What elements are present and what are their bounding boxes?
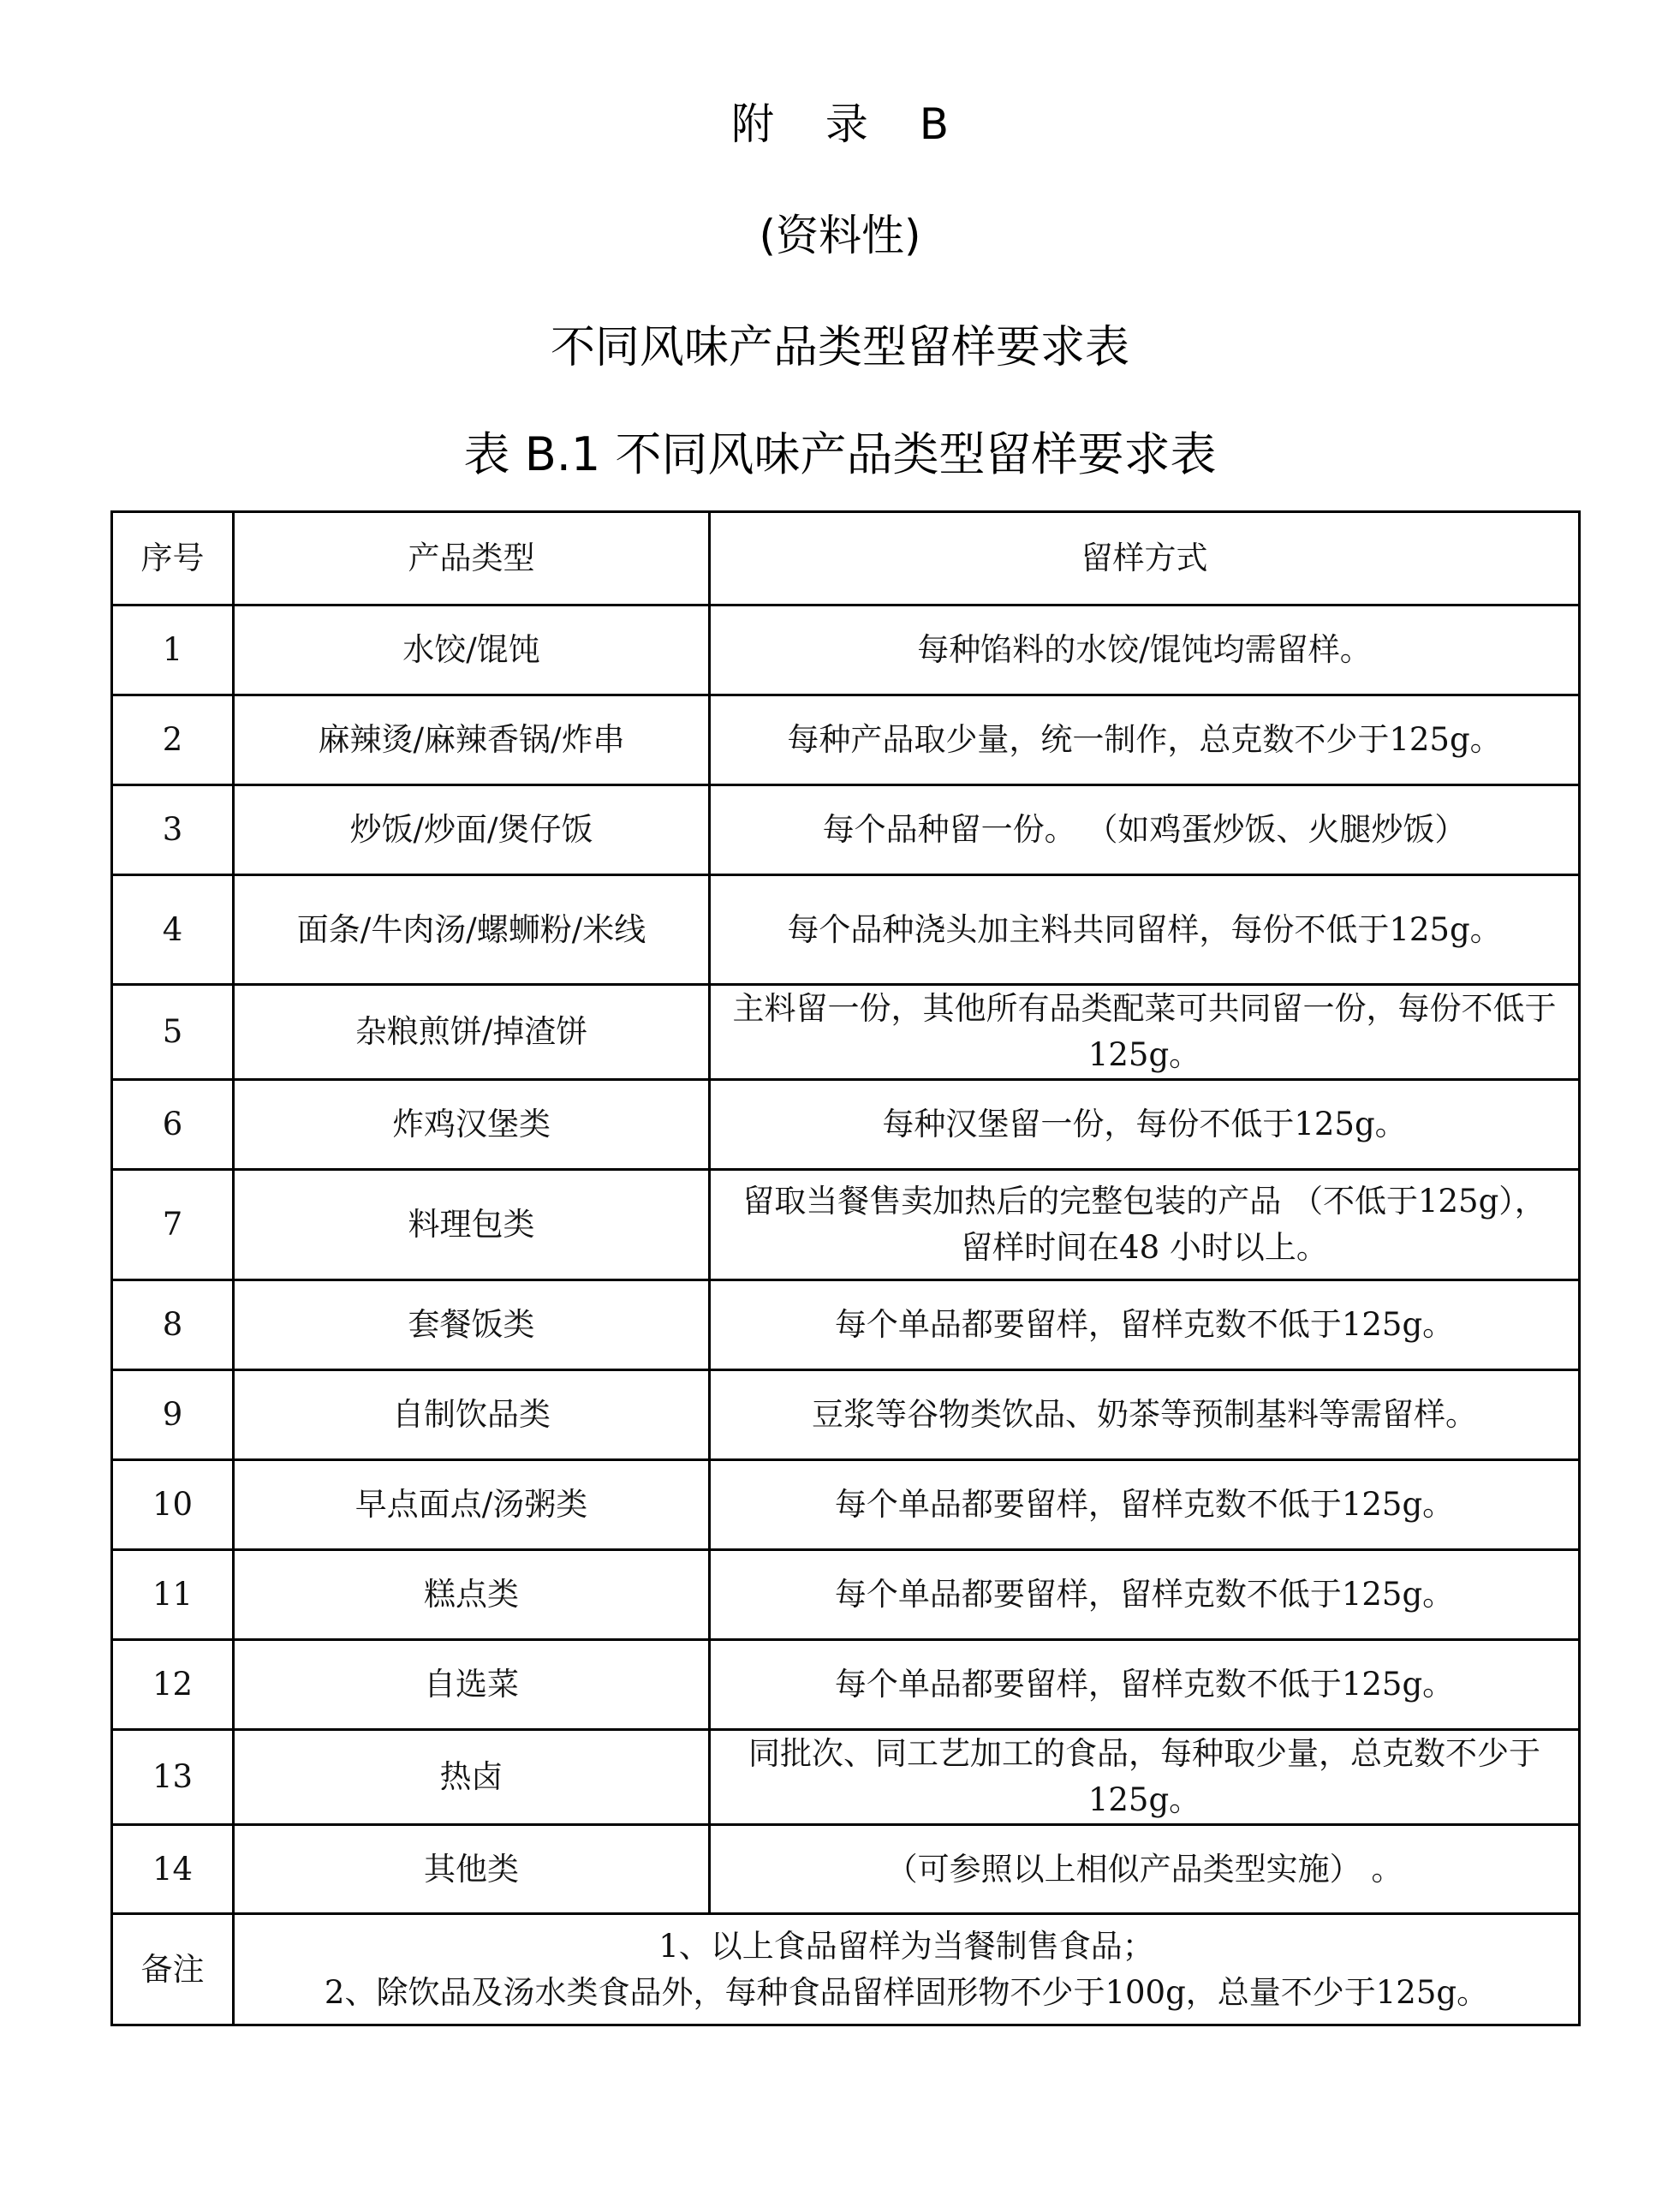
retention-method: （可参照以上相似产品类型实施） 。 (710, 1825, 1580, 1914)
row-number: 11 (112, 1550, 234, 1640)
remarks-label: 备注 (112, 1914, 234, 2025)
table-row: 2 麻辣烫/麻辣香锅/炸串 每种产品取少量，统一制作，总克数不少于125g。 (112, 695, 1580, 785)
table-row: 6 炸鸡汉堡类 每种汉堡留一份，每份不低于125g。 (112, 1080, 1580, 1170)
row-number: 7 (112, 1170, 234, 1280)
appendix-title: 附 录 B (0, 90, 1680, 152)
row-number: 2 (112, 695, 234, 785)
row-number: 9 (112, 1370, 234, 1460)
product-type: 自制饮品类 (234, 1370, 710, 1460)
row-number: 8 (112, 1280, 234, 1370)
product-type: 炒饭/炒面/煲仔饭 (234, 785, 710, 875)
retention-method: 每个单品都要留样，留样克数不低于125g。 (710, 1460, 1580, 1550)
product-type: 其他类 (234, 1825, 710, 1914)
table-caption: 表 B.1 不同风味产品类型留样要求表 (0, 418, 1680, 484)
table-row: 1 水饺/馄饨 每种馅料的水饺/馄饨均需留样。 (112, 605, 1580, 695)
document-subtitle: 不同风味产品类型留样要求表 (0, 311, 1680, 375)
product-type: 料理包类 (234, 1170, 710, 1280)
retention-method: 留取当餐售卖加热后的完整包装的产品 （不低于125g），留样时间在48 小时以上… (710, 1170, 1580, 1280)
column-header-no: 序号 (112, 512, 234, 605)
table-row: 13 热卤 同批次、同工艺加工的食品，每种取少量，总克数不少于125g。 (112, 1730, 1580, 1825)
sample-retention-table: 序号 产品类型 留样方式 1 水饺/馄饨 每种馅料的水饺/馄饨均需留样。 2 麻… (110, 510, 1581, 2026)
appendix-nature: (资料性) (0, 201, 1680, 263)
product-type: 自选菜 (234, 1640, 710, 1730)
retention-method: 每种产品取少量，统一制作，总克数不少于125g。 (710, 695, 1580, 785)
row-number: 13 (112, 1730, 234, 1825)
row-number: 4 (112, 875, 234, 985)
retention-method: 每个单品都要留样，留样克数不低于125g。 (710, 1640, 1580, 1730)
row-number: 5 (112, 985, 234, 1080)
column-header-method: 留样方式 (710, 512, 1580, 605)
retention-method: 同批次、同工艺加工的食品，每种取少量，总克数不少于125g。 (710, 1730, 1580, 1825)
row-number: 1 (112, 605, 234, 695)
table-row: 5 杂粮煎饼/掉渣饼 主料留一份，其他所有品类配菜可共同留一份，每份不低于125… (112, 985, 1580, 1080)
retention-method: 每个单品都要留样，留样克数不低于125g。 (710, 1550, 1580, 1640)
product-type: 麻辣烫/麻辣香锅/炸串 (234, 695, 710, 785)
table-row: 10 早点面点/汤粥类 每个单品都要留样，留样克数不低于125g。 (112, 1460, 1580, 1550)
retention-method: 每种馅料的水饺/馄饨均需留样。 (710, 605, 1580, 695)
product-type: 水饺/馄饨 (234, 605, 710, 695)
table-row: 14 其他类 （可参照以上相似产品类型实施） 。 (112, 1825, 1580, 1914)
retention-method: 每个品种留一份。 （如鸡蛋炒饭、火腿炒饭） (710, 785, 1580, 875)
row-number: 3 (112, 785, 234, 875)
remark-line: 2、除饮品及汤水类食品外，每种食品留样固形物不少于100g，总量不少于125g。 (238, 1970, 1575, 2016)
retention-method: 每种汉堡留一份，每份不低于125g。 (710, 1080, 1580, 1170)
product-type: 炸鸡汉堡类 (234, 1080, 710, 1170)
remark-line: 1、以上食品留样为当餐制售食品； (238, 1924, 1575, 1970)
row-number: 6 (112, 1080, 234, 1170)
table-row: 11 糕点类 每个单品都要留样，留样克数不低于125g。 (112, 1550, 1580, 1640)
row-number: 12 (112, 1640, 234, 1730)
remarks-content: 1、以上食品留样为当餐制售食品； 2、除饮品及汤水类食品外，每种食品留样固形物不… (234, 1914, 1580, 2025)
product-type: 早点面点/汤粥类 (234, 1460, 710, 1550)
table-row: 4 面条/牛肉汤/螺蛳粉/米线 每个品种浇头加主料共同留样，每份不低于125g。 (112, 875, 1580, 985)
row-number: 10 (112, 1460, 234, 1550)
remarks-row: 备注 1、以上食品留样为当餐制售食品； 2、除饮品及汤水类食品外，每种食品留样固… (112, 1914, 1580, 2025)
retention-method: 每个单品都要留样，留样克数不低于125g。 (710, 1280, 1580, 1370)
product-type: 杂粮煎饼/掉渣饼 (234, 985, 710, 1080)
table-row: 8 套餐饭类 每个单品都要留样，留样克数不低于125g。 (112, 1280, 1580, 1370)
retention-method: 豆浆等谷物类饮品、奶茶等预制基料等需留样。 (710, 1370, 1580, 1460)
retention-method: 主料留一份，其他所有品类配菜可共同留一份，每份不低于125g。 (710, 985, 1580, 1080)
column-header-type: 产品类型 (234, 512, 710, 605)
table-row: 7 料理包类 留取当餐售卖加热后的完整包装的产品 （不低于125g），留样时间在… (112, 1170, 1580, 1280)
product-type: 糕点类 (234, 1550, 710, 1640)
product-type: 面条/牛肉汤/螺蛳粉/米线 (234, 875, 710, 985)
retention-method: 每个品种浇头加主料共同留样，每份不低于125g。 (710, 875, 1580, 985)
table-row: 12 自选菜 每个单品都要留样，留样克数不低于125g。 (112, 1640, 1580, 1730)
table-row: 9 自制饮品类 豆浆等谷物类饮品、奶茶等预制基料等需留样。 (112, 1370, 1580, 1460)
table-header-row: 序号 产品类型 留样方式 (112, 512, 1580, 605)
table-row: 3 炒饭/炒面/煲仔饭 每个品种留一份。 （如鸡蛋炒饭、火腿炒饭） (112, 785, 1580, 875)
product-type: 热卤 (234, 1730, 710, 1825)
row-number: 14 (112, 1825, 234, 1914)
product-type: 套餐饭类 (234, 1280, 710, 1370)
